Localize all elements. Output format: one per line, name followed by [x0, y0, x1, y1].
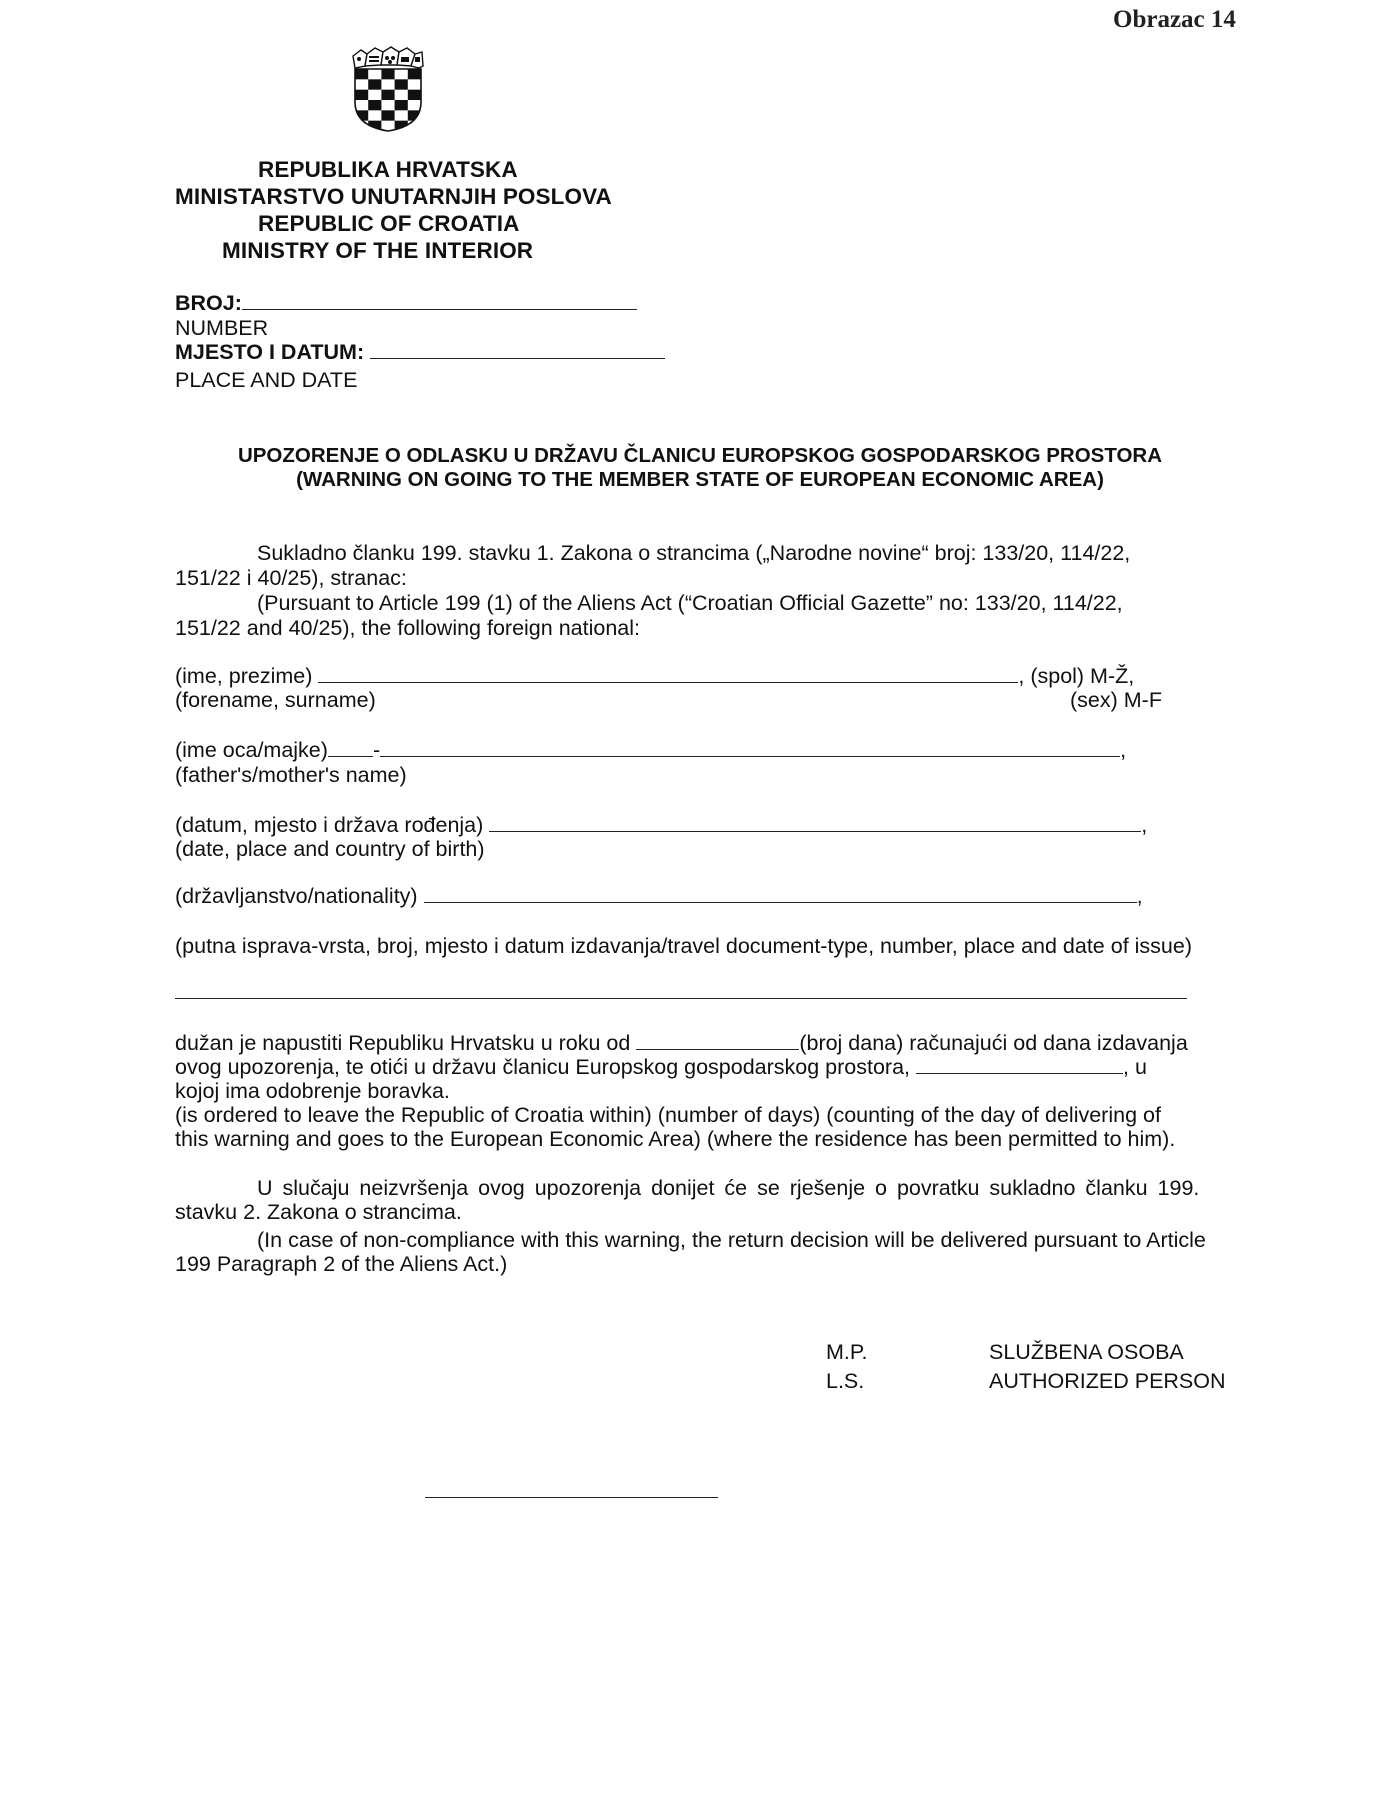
croatian-coat-of-arms-icon — [349, 46, 425, 132]
sex-label-en: (sex) M-F — [1070, 688, 1162, 713]
order-hr-3: kojoj ima odobrenje boravka. — [175, 1079, 450, 1104]
name-field[interactable]: (ime, prezime) , (spol) M-Ž, — [175, 664, 1134, 689]
intro-en-2: 151/22 and 40/25), the following foreign… — [175, 616, 640, 641]
header-ministry-en: MINISTRY OF THE INTERIOR — [222, 238, 533, 264]
form-number: Obrazac 14 — [1113, 6, 1236, 34]
consequence-hr-1: U slučaju neizvršenja ovog upozorenja do… — [175, 1176, 1199, 1201]
stamp-label-en: L.S. — [826, 1369, 864, 1394]
name-label-en: (forename, surname) — [175, 688, 376, 713]
header-ministry-hr: MINISTARSTVO UNUTARNJIH POSLOVA — [175, 184, 612, 210]
consequence-en-1: (In case of non-compliance with this war… — [175, 1228, 1206, 1253]
order-hr-2: ovog upozorenja, te otići u državu člani… — [175, 1055, 1147, 1080]
travel-doc-label: (putna isprava-vrsta, broj, mjesto i dat… — [175, 934, 1192, 959]
place-date-input[interactable] — [370, 340, 665, 359]
parent-underline-short — [328, 738, 373, 757]
place-date-label: MJESTO I DATUM: — [175, 340, 364, 364]
nationality-input[interactable] — [424, 884, 1137, 903]
consequence-hr-2: stavku 2. Zakona o strancima. — [175, 1200, 462, 1225]
intro-hr-1: Sukladno članku 199. stavku 1. Zakona o … — [175, 541, 1130, 566]
document-title-en: (WARNING ON GOING TO THE MEMBER STATE OF… — [150, 468, 1250, 492]
official-label-hr: SLUŽBENA OSOBA — [989, 1340, 1184, 1365]
name-label: (ime, prezime) — [175, 664, 312, 688]
order-en-2: this warning and goes to the European Ec… — [175, 1127, 1175, 1152]
sex-label: , (spol) M-Ž, — [1018, 664, 1134, 688]
intro-en-1: (Pursuant to Article 199 (1) of the Alie… — [175, 591, 1123, 616]
header-republic-hr: REPUBLIKA HRVATSKA — [258, 157, 518, 183]
name-input[interactable] — [318, 664, 1018, 683]
document-title-hr: UPOZORENJE O ODLASKU U DRŽAVU ČLANICU EU… — [150, 444, 1250, 468]
stamp-label-hr: M.P. — [826, 1340, 867, 1365]
number-label-en: NUMBER — [175, 316, 268, 341]
order-en-1: (is ordered to leave the Republic of Cro… — [175, 1103, 1161, 1128]
signature-line[interactable] — [425, 1497, 718, 1498]
nationality-field[interactable]: (državljanstvo/nationality) , — [175, 884, 1143, 909]
comma: , — [1120, 738, 1126, 762]
days-input[interactable] — [636, 1031, 799, 1050]
number-input[interactable] — [242, 291, 637, 310]
parent-label: (ime oca/majke) — [175, 738, 328, 762]
eea-state-input[interactable] — [916, 1055, 1123, 1074]
travel-doc-input[interactable] — [175, 998, 1187, 999]
parent-input[interactable] — [380, 738, 1120, 757]
official-label-en: AUTHORIZED PERSON — [989, 1369, 1226, 1394]
birth-field[interactable]: (datum, mjesto i država rođenja) , — [175, 813, 1147, 838]
parent-field[interactable]: (ime oca/majke)-, — [175, 738, 1126, 763]
place-date-label-en: PLACE AND DATE — [175, 368, 357, 393]
order-hr-1: dužan je napustiti Republiku Hrvatsku u … — [175, 1031, 1188, 1056]
birth-label: (datum, mjesto i država rođenja) — [175, 813, 483, 837]
consequence-en-2: 199 Paragraph 2 of the Aliens Act.) — [175, 1252, 507, 1277]
birth-input[interactable] — [489, 813, 1141, 832]
number-field[interactable]: BROJ: — [175, 291, 637, 316]
header-republic-en: REPUBLIC OF CROATIA — [258, 211, 519, 237]
number-label: BROJ: — [175, 291, 242, 315]
parent-label-en: (father's/mother's name) — [175, 763, 407, 788]
birth-label-en: (date, place and country of birth) — [175, 837, 485, 862]
place-date-field[interactable]: MJESTO I DATUM: — [175, 340, 665, 365]
nationality-label: (državljanstvo/nationality) — [175, 884, 418, 908]
intro-hr-2: 151/22 i 40/25), stranac: — [175, 566, 407, 591]
comma: , — [1141, 813, 1147, 837]
comma: , — [1137, 884, 1143, 908]
